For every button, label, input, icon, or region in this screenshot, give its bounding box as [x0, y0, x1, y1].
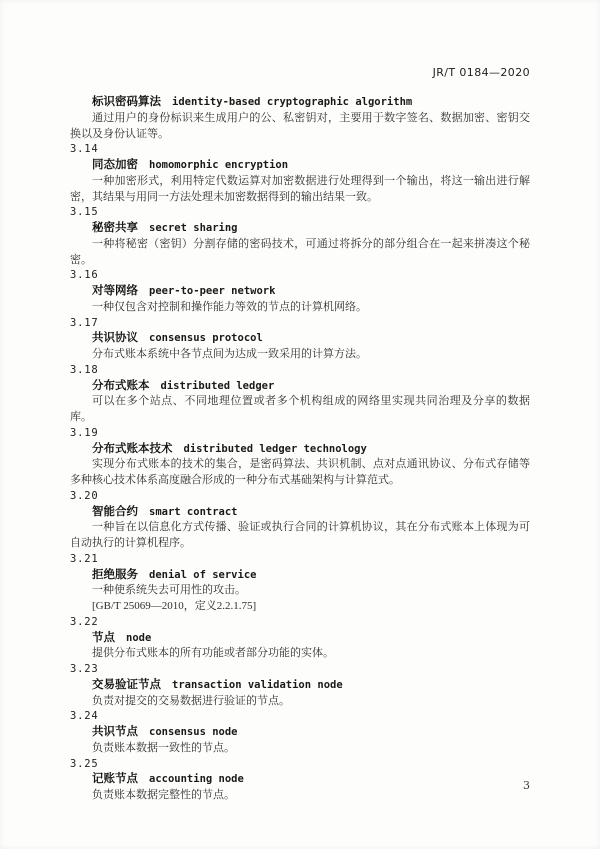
term-definition: 可以在多个站点、不同地理位置或者多个机构组成的网络里实现共同治理及分享的数据库。: [70, 394, 530, 426]
term-definition: 一种仅包含对控制和操作能力等效的节点的计算机网络。: [70, 300, 530, 316]
term-entry: 3.21 拒绝服务denial of service 一种使系统失去可用性的攻击…: [70, 552, 530, 615]
term-name-english: peer-to-peer network: [149, 285, 275, 297]
term-definition: 通过用户的身份标识来生成用户的公、私密钥对，主要用于数字签名、数据加密、密钥交换…: [70, 111, 530, 143]
term-heading: 共识协议consensus protocol: [70, 331, 530, 347]
page-header: JR/T 0184—2020: [70, 66, 530, 79]
term-entry: 3.22 节点node 提供分布式账本的所有功能或者部分功能的实体。: [70, 615, 530, 662]
term-definition: 实现分布式账本的技术的集合，是密码算法、共识机制、点对点通讯协议、分布式存储等多…: [70, 457, 530, 489]
term-name-english: homomorphic encryption: [149, 159, 288, 171]
term-name-chinese: 对等网络: [92, 285, 138, 297]
term-source-reference: [GB/T 25069—2010，定义2.2.1.75]: [70, 599, 530, 615]
term-entry: 3.15 秘密共享secret sharing 一种将秘密（密钥）分割存储的密码…: [70, 205, 530, 268]
term-heading: 秘密共享secret sharing: [70, 221, 530, 237]
term-name-english: consensus node: [149, 726, 238, 738]
term-number: 3.18: [70, 363, 530, 379]
term-name-chinese: 分布式账本: [92, 380, 150, 392]
term-name-chinese: 共识节点: [92, 726, 138, 738]
term-name-chinese: 同态加密: [92, 159, 138, 171]
term-name-chinese: 秘密共享: [92, 222, 138, 234]
term-definition: 一种旨在以信息化方式传播、验证或执行合同的计算机协议，其在分布式账本上体现为可自…: [70, 520, 530, 552]
term-number: 3.16: [70, 268, 530, 284]
term-number: 3.23: [70, 662, 530, 678]
term-name-english: consensus protocol: [149, 332, 263, 344]
term-heading: 标识密码算法identity-based cryptographic algor…: [70, 95, 530, 111]
term-name-chinese: 拒绝服务: [92, 569, 138, 581]
page-number: 3: [523, 779, 530, 792]
term-number: 3.17: [70, 316, 530, 332]
terms-section: 标识密码算法identity-based cryptographic algor…: [70, 95, 530, 804]
term-heading: 对等网络peer-to-peer network: [70, 284, 530, 300]
term-name-chinese: 交易验证节点: [92, 679, 161, 691]
term-name-english: denial of service: [149, 569, 256, 581]
term-entry: 3.18 分布式账本distributed ledger 可以在多个站点、不同地…: [70, 363, 530, 426]
term-name-english: smart contract: [149, 506, 238, 518]
term-entry: 3.16 对等网络peer-to-peer network 一种仅包含对控制和操…: [70, 268, 530, 315]
term-definition: 一种使系统失去可用性的攻击。: [70, 583, 530, 599]
term-number: 3.22: [70, 615, 530, 631]
term-entry: 3.24 共识节点consensus node 负责账本数据一致性的节点。: [70, 709, 530, 756]
term-entry: 3.17 共识协议consensus protocol 分布式账本系统中各节点间…: [70, 316, 530, 363]
term-name-english: distributed ledger: [161, 380, 275, 392]
term-number: 3.20: [70, 489, 530, 505]
term-heading: 分布式账本技术distributed ledger technology: [70, 442, 530, 458]
term-name-chinese: 节点: [92, 632, 115, 644]
term-number: 3.24: [70, 709, 530, 725]
term-definition: 一种将秘密（密钥）分割存储的密码技术，可通过将拆分的部分组合在一起来拼凑这个秘密…: [70, 237, 530, 269]
term-definition: 一种加密形式，利用特定代数运算对加密数据进行处理得到一个输出，将这一输出进行解密…: [70, 174, 530, 206]
term-number: 3.14: [70, 142, 530, 158]
term-entry: 3.19 分布式账本技术distributed ledger technolog…: [70, 426, 530, 489]
term-name-chinese: 标识密码算法: [92, 96, 161, 108]
term-heading: 分布式账本distributed ledger: [70, 379, 530, 395]
term-number: 3.21: [70, 552, 530, 568]
term-number: 3.25: [70, 757, 530, 773]
term-number: 3.15: [70, 205, 530, 221]
term-definition: 提供分布式账本的所有功能或者部分功能的实体。: [70, 646, 530, 662]
term-name-english: transaction validation node: [172, 679, 343, 691]
term-name-english: distributed ledger technology: [184, 443, 367, 455]
term-entry: 3.14 同态加密homomorphic encryption 一种加密形式，利…: [70, 142, 530, 205]
term-heading: 交易验证节点transaction validation node: [70, 678, 530, 694]
term-definition: 分布式账本系统中各节点间为达成一致采用的计算方法。: [70, 347, 530, 363]
page-footer: 3: [70, 779, 530, 792]
term-entry: 3.23 交易验证节点transaction validation node 负…: [70, 662, 530, 709]
term-number: 3.19: [70, 426, 530, 442]
term-definition: 负责账本数据一致性的节点。: [70, 741, 530, 757]
term-name-chinese: 分布式账本技术: [92, 443, 173, 455]
term-name-chinese: 共识协议: [92, 332, 138, 344]
term-heading: 拒绝服务denial of service: [70, 568, 530, 584]
term-heading: 共识节点consensus node: [70, 725, 530, 741]
term-entry: 3.20 智能合约smart contract 一种旨在以信息化方式传播、验证或…: [70, 489, 530, 552]
document-page: JR/T 0184—2020 标识密码算法identity-based cryp…: [0, 0, 600, 849]
term-heading: 同态加密homomorphic encryption: [70, 158, 530, 174]
term-heading: 智能合约smart contract: [70, 505, 530, 521]
term-name-english: identity-based cryptographic algorithm: [172, 96, 412, 108]
term-name-chinese: 智能合约: [92, 506, 138, 518]
term-entry: 标识密码算法identity-based cryptographic algor…: [70, 95, 530, 142]
term-name-english: node: [126, 632, 151, 644]
term-definition: 负责对提交的交易数据进行验证的节点。: [70, 694, 530, 710]
standard-number: JR/T 0184—2020: [433, 66, 530, 79]
term-name-english: secret sharing: [149, 222, 238, 234]
term-heading: 节点node: [70, 631, 530, 647]
